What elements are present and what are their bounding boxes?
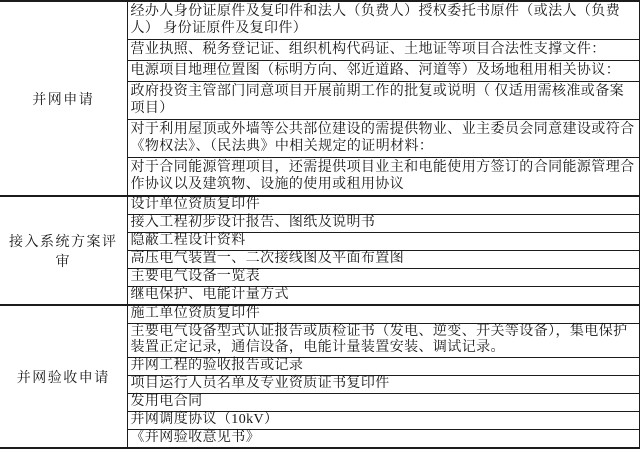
requirement-item-cell: 主要电气设备型式认证报告或质检证书（发电、逆变、开关等设备），集电保护装置正定记…	[127, 324, 640, 358]
requirement-item-cell: 并网工程的验收报告或记录	[127, 358, 640, 376]
section-0: 并网申请经办人身份证原件及复印件和法人（负费人）授权委托书原件（或法人（负费人）…	[0, 1, 640, 196]
requirement-item-cell: 主要电气设备一览表	[127, 269, 640, 287]
section-label-cell: 接入系统方案评审	[0, 196, 127, 305]
document-page: 并网申请经办人身份证原件及复印件和法人（负费人）授权委托书原件（或法人（负费人）…	[0, 0, 640, 451]
requirement-item-cell: 对于利用屋顶或外墙等公共部位建设的需提供物业、业主委员会同意建设或符合《物权法》…	[127, 120, 640, 158]
requirement-item-cell: 设计单位资质复印件	[127, 196, 640, 215]
requirement-item-cell: 项目运行人员名单及专业资质证书复印件	[127, 376, 640, 394]
requirement-item-cell: 继电保护、电能计量方式	[127, 287, 640, 306]
requirement-item-cell: 对于合同能源管理项目，还需提供项目业主和电能使用方签订的合同能源管理合作协议以及…	[127, 158, 640, 197]
requirement-item-cell: 发用电合同	[127, 394, 640, 412]
table-row: 并网申请经办人身份证原件及复印件和法人（负费人）授权委托书原件（或法人（负费人）…	[0, 1, 640, 40]
section-1: 接入系统方案评审设计单位资质复印件接入工程初步设计报告、图纸及说明书隐蔽工程设计…	[0, 196, 640, 305]
grid-connection-requirements-table: 并网申请经办人身份证原件及复印件和法人（负费人）授权委托书原件（或法人（负费人）…	[0, 0, 640, 449]
table-row: 接入系统方案评审设计单位资质复印件	[0, 196, 640, 215]
table-row: 并网验收申请施工单位资质复印件	[0, 305, 640, 324]
section-label-cell: 并网验收申请	[0, 305, 127, 448]
requirement-item-cell: 《并网验收意见书》	[127, 430, 640, 449]
requirement-item-cell: 施工单位资质复印件	[127, 305, 640, 324]
requirement-item-cell: 经办人身份证原件及复印件和法人（负费人）授权委托书原件（或法人（负费人） 身份证…	[127, 1, 640, 40]
requirement-item-cell: 营业执照、税务登记证、组织机构代码证、土地证等项目合法性支撑文件：	[127, 40, 640, 61]
requirement-item-cell: 隐蔽工程设计资料	[127, 233, 640, 251]
section-label-cell: 并网申请	[0, 1, 127, 196]
requirement-item-cell: 电源项目地理位置图（标明方向、邻近道路、河道等）及场地租用相关协议：	[127, 61, 640, 82]
requirement-item-cell: 接入工程初步设计报告、图纸及说明书	[127, 215, 640, 233]
requirement-item-cell: 高压电气装置一、二次接线图及平面布置图	[127, 251, 640, 269]
section-2: 并网验收申请施工单位资质复印件主要电气设备型式认证报告或质检证书（发电、逆变、开…	[0, 305, 640, 448]
requirement-item-cell: 政府投资主管部门同意项目开展前期工作的批复或说明（ 仅适用需核准或备案项目）	[127, 82, 640, 120]
requirement-item-cell: 并网调度协议（10kV）	[127, 412, 640, 430]
